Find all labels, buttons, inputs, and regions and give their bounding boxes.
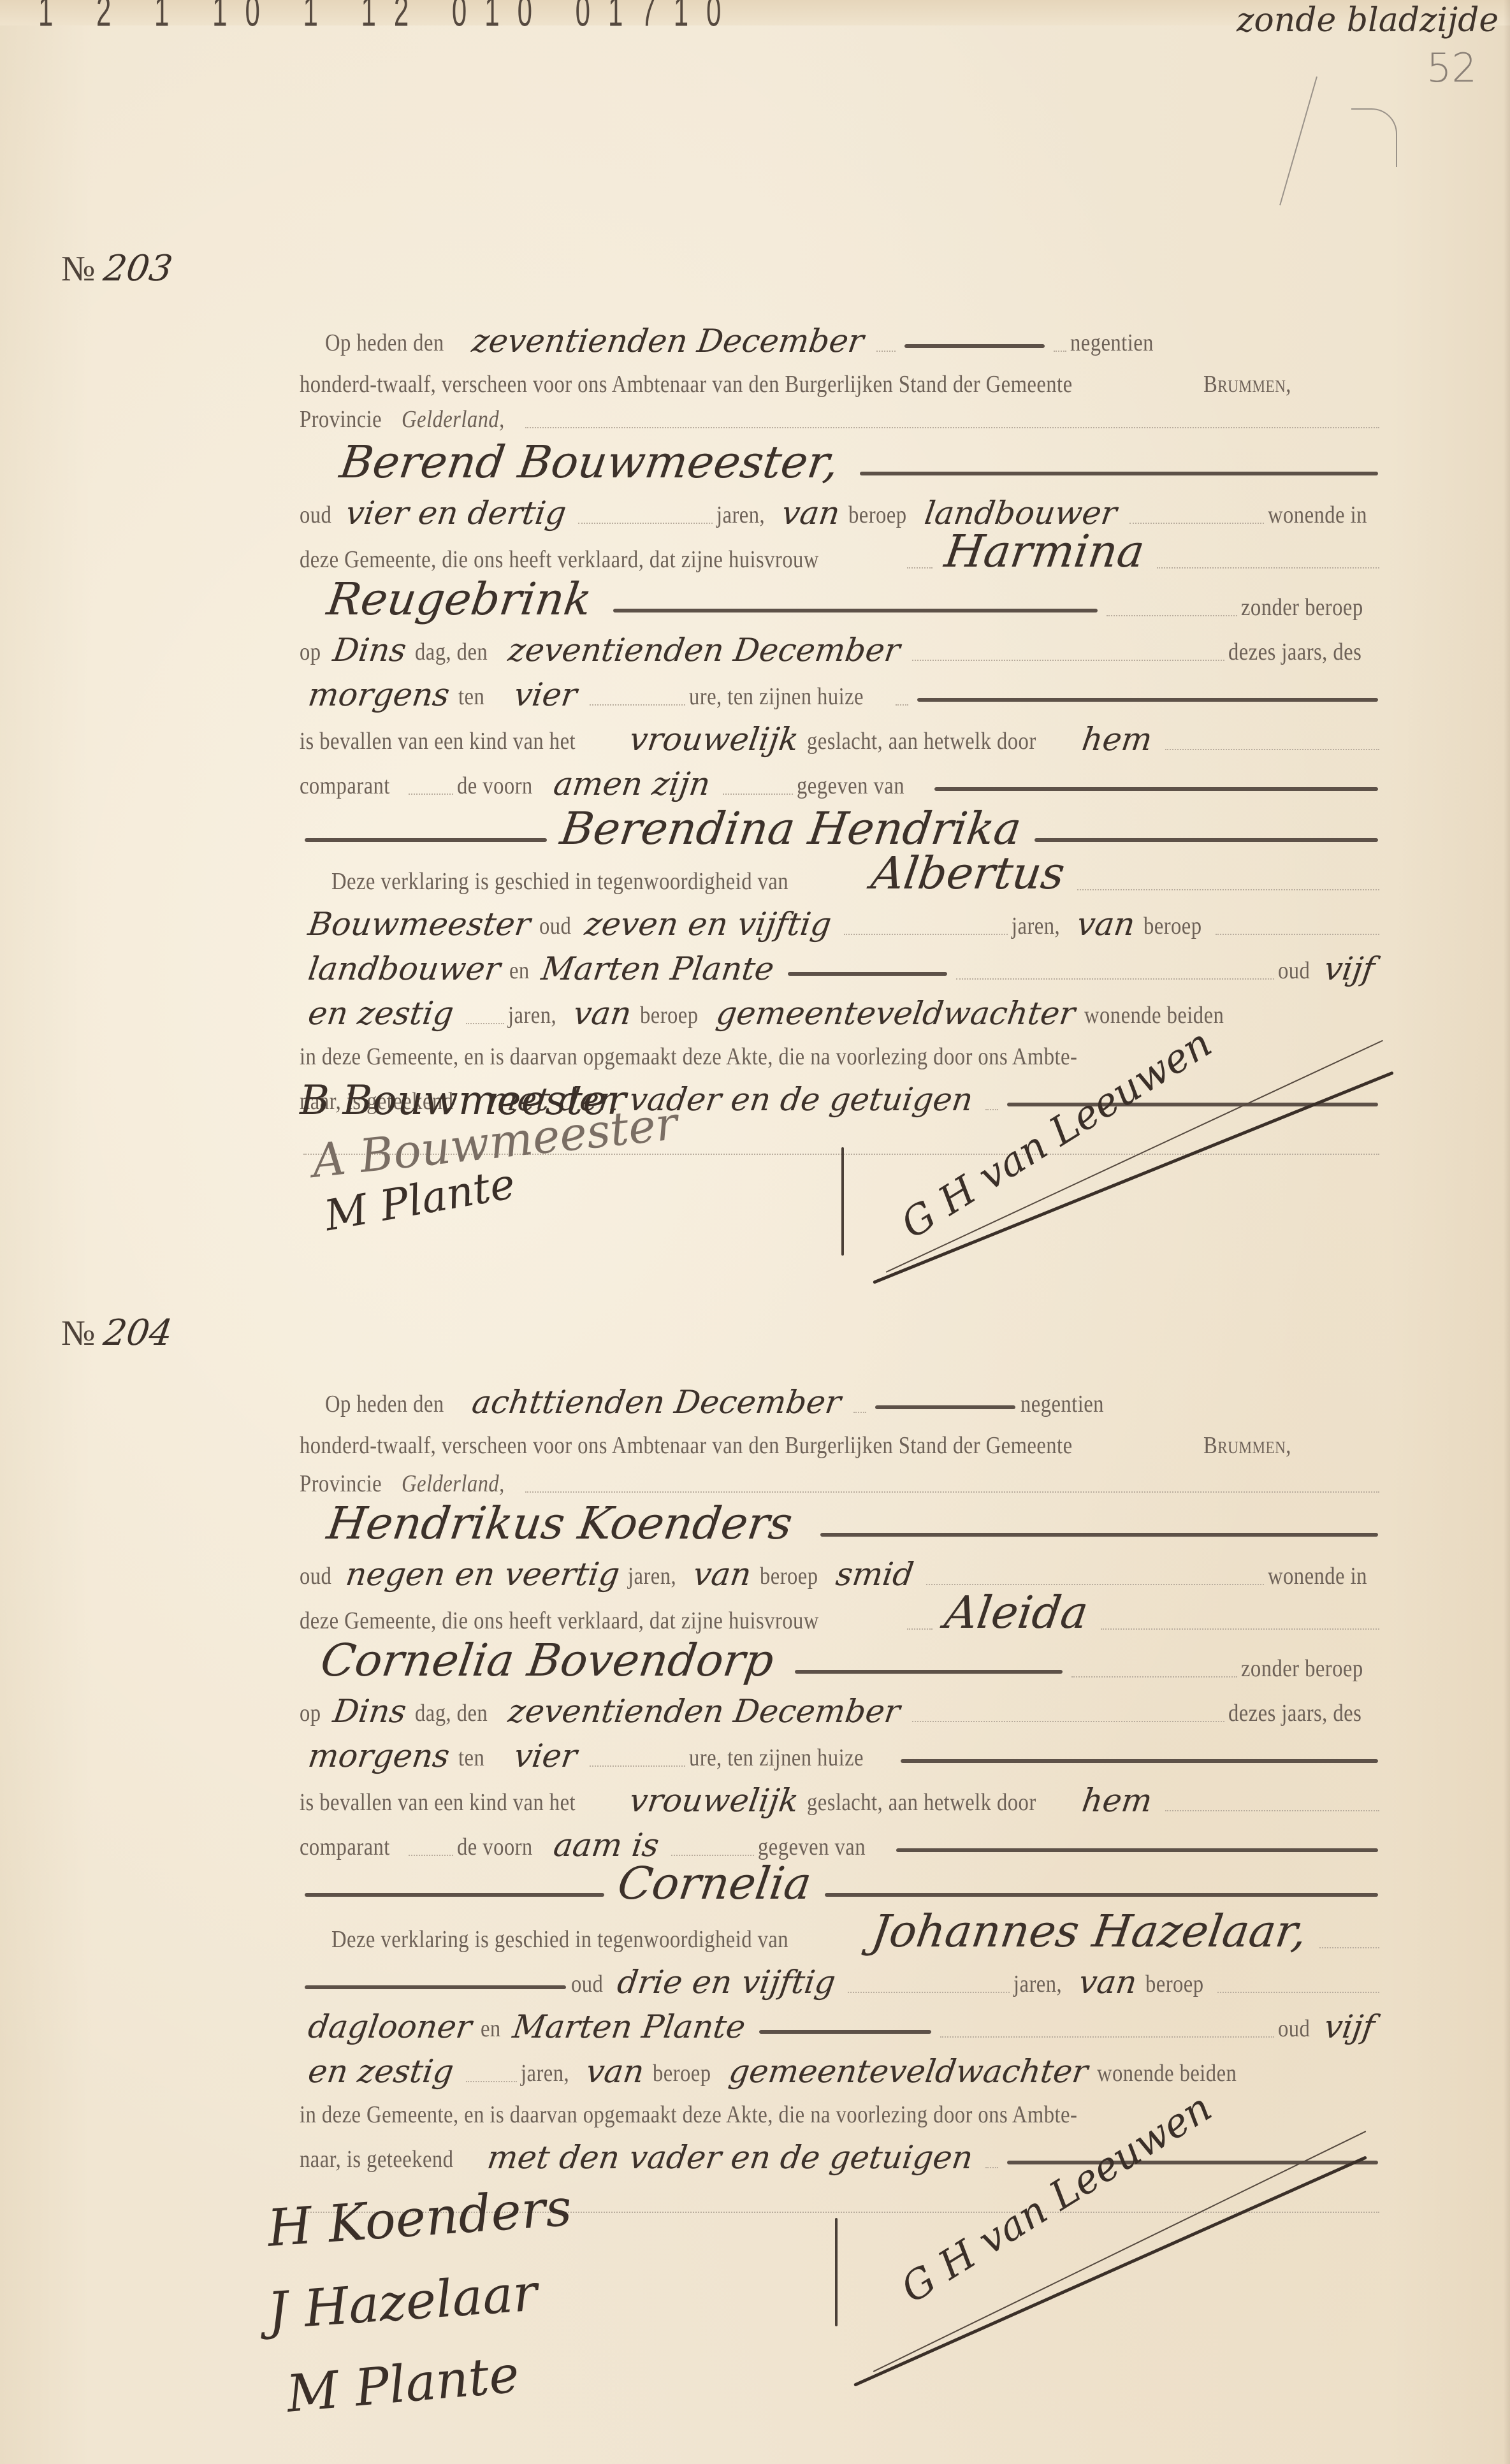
witness1-first: Johannes Hazelaar, xyxy=(869,1909,1310,1953)
record-line-birthday: op Dins dag, den zeventienden December d… xyxy=(300,1683,1383,1727)
record-line-date: Op heden den achttienden December negent… xyxy=(300,1373,1383,1418)
record-line-mother-last: Reugebrink zonder beroep xyxy=(300,577,1383,621)
record-line-child-name: Berendina Hendrika xyxy=(300,806,1383,851)
record-line-witness1: Deze verklaring is geschied in tegenwoor… xyxy=(300,851,1383,895)
page-edge-shadow xyxy=(1504,0,1510,2464)
record-line-witness2: daglooner en Marten Plante oud vijf xyxy=(300,1998,1383,2043)
record-line-akte: in deze Gemeente, en is daarvan opgemaak… xyxy=(300,1026,1383,1071)
record-line-comparant: comparant de voorn aam is gegeven van xyxy=(300,1816,1383,1861)
birth-date: zeventienden December xyxy=(506,1695,902,1727)
record-line-time: morgens ten vier ure, ten zijnen huize xyxy=(300,1727,1383,1772)
record-line-birthday: op Dins dag, den zeventienden December d… xyxy=(300,621,1383,666)
child-name: Berendina Hendrika xyxy=(558,806,1024,851)
record-line-mother-last: Cornelia Bovendorp zonder beroep xyxy=(300,1638,1383,1683)
record-line-time: morgens ten vier ure, ten zijnen huize xyxy=(300,666,1383,711)
signature-witness2-204: M Plante xyxy=(284,2344,521,2423)
record-line-provincie: Provincie Gelderland, xyxy=(300,389,1383,433)
mother-first-name: Harmina xyxy=(943,529,1148,574)
record-line-huisvrouw: deze Gemeente, die ons heeft verklaard, … xyxy=(300,529,1383,574)
father-name: Berend Bouwmeester, xyxy=(337,440,841,484)
father-name: Hendrikus Koenders xyxy=(324,1501,795,1546)
signature-brace xyxy=(835,2218,838,2326)
record-line-huisvrouw: deze Gemeente, die ons heeft verklaard, … xyxy=(300,1590,1383,1635)
child-sex: vrouwelijk xyxy=(627,723,801,755)
mother-last-name: Reugebrink xyxy=(324,577,594,621)
handwritten-date: achttienden December xyxy=(470,1386,843,1418)
record-line-witness1: Deze verklaring is geschied in tegenwoor… xyxy=(300,1909,1383,1953)
record-line-date: Op heden den zeventienden December negen… xyxy=(300,312,1383,357)
record-line-age: oud vier en dertig jaren, van beroep lan… xyxy=(300,484,1383,529)
record-line-child-name: Cornelia xyxy=(300,1861,1383,1906)
witness2-name: Marten Plante xyxy=(511,2011,747,2043)
signature-brace xyxy=(841,1147,844,1256)
record-line-witness1-age: Bouwmeester oud zeven en vijftig jaren, … xyxy=(300,895,1383,940)
record-line-witness2: landbouwer en Marten Plante oud vijf xyxy=(300,940,1383,985)
record-line-witness2-age: en zestig jaren, van beroep gemeenteveld… xyxy=(300,2043,1383,2087)
record-number-204: №204 xyxy=(61,1313,181,1354)
top-edge-text: 1 2 1 10 1 12 010 01710 xyxy=(38,0,739,36)
record-line-sex: is bevallen van een kind van het vrouwel… xyxy=(300,711,1383,755)
top-right-note: zonde bladzijde xyxy=(1237,1,1499,40)
handwritten-date: zeventienden December xyxy=(470,325,866,357)
record-line-signed: naar, is geteekend met den vader en de g… xyxy=(300,2129,1383,2173)
record-line-comparant: comparant de voorn amen zijn gegeven van xyxy=(300,755,1383,800)
record-number-203: №203 xyxy=(61,249,181,289)
pencil-mark-hook xyxy=(1351,108,1397,167)
mother-first-name: Aleida xyxy=(943,1590,1091,1635)
witness2-name: Marten Plante xyxy=(539,953,776,985)
signature-witness1-204: J Hazelaar xyxy=(266,2263,539,2341)
folio-number: 52 xyxy=(1427,45,1477,91)
record-line-father: Berend Bouwmeester, xyxy=(300,440,1383,484)
mother-last-name: Cornelia Bovendorp xyxy=(318,1638,776,1683)
record-line-witness2-age: en zestig jaren, van beroep gemeenteveld… xyxy=(300,985,1383,1029)
birth-date: zeventienden December xyxy=(506,634,902,666)
child-name: Cornelia xyxy=(615,1861,814,1906)
father-occupation: smid xyxy=(834,1558,916,1590)
pencil-mark-line xyxy=(1279,76,1318,205)
record-line-witness1-age: oud drie en vijftig jaren, van beroep xyxy=(300,1953,1383,1998)
record-line-age: oud negen en veertig jaren, van beroep s… xyxy=(300,1546,1383,1590)
father-occupation: landbouwer xyxy=(923,497,1119,529)
record-line-akte: in deze Gemeente, en is daarvan opgemaak… xyxy=(300,2084,1383,2129)
witness1-first: Albertus xyxy=(869,851,1068,895)
child-sex: vrouwelijk xyxy=(627,1785,801,1816)
record-line-provincie: Provincie Gelderland, xyxy=(300,1453,1383,1498)
document-page: 1 2 1 10 1 12 010 01710 zonde bladzijde … xyxy=(0,0,1510,2464)
record-line-father: Hendrikus Koenders xyxy=(300,1501,1383,1546)
record-line-sex: is bevallen van een kind van het vrouwel… xyxy=(300,1772,1383,1816)
